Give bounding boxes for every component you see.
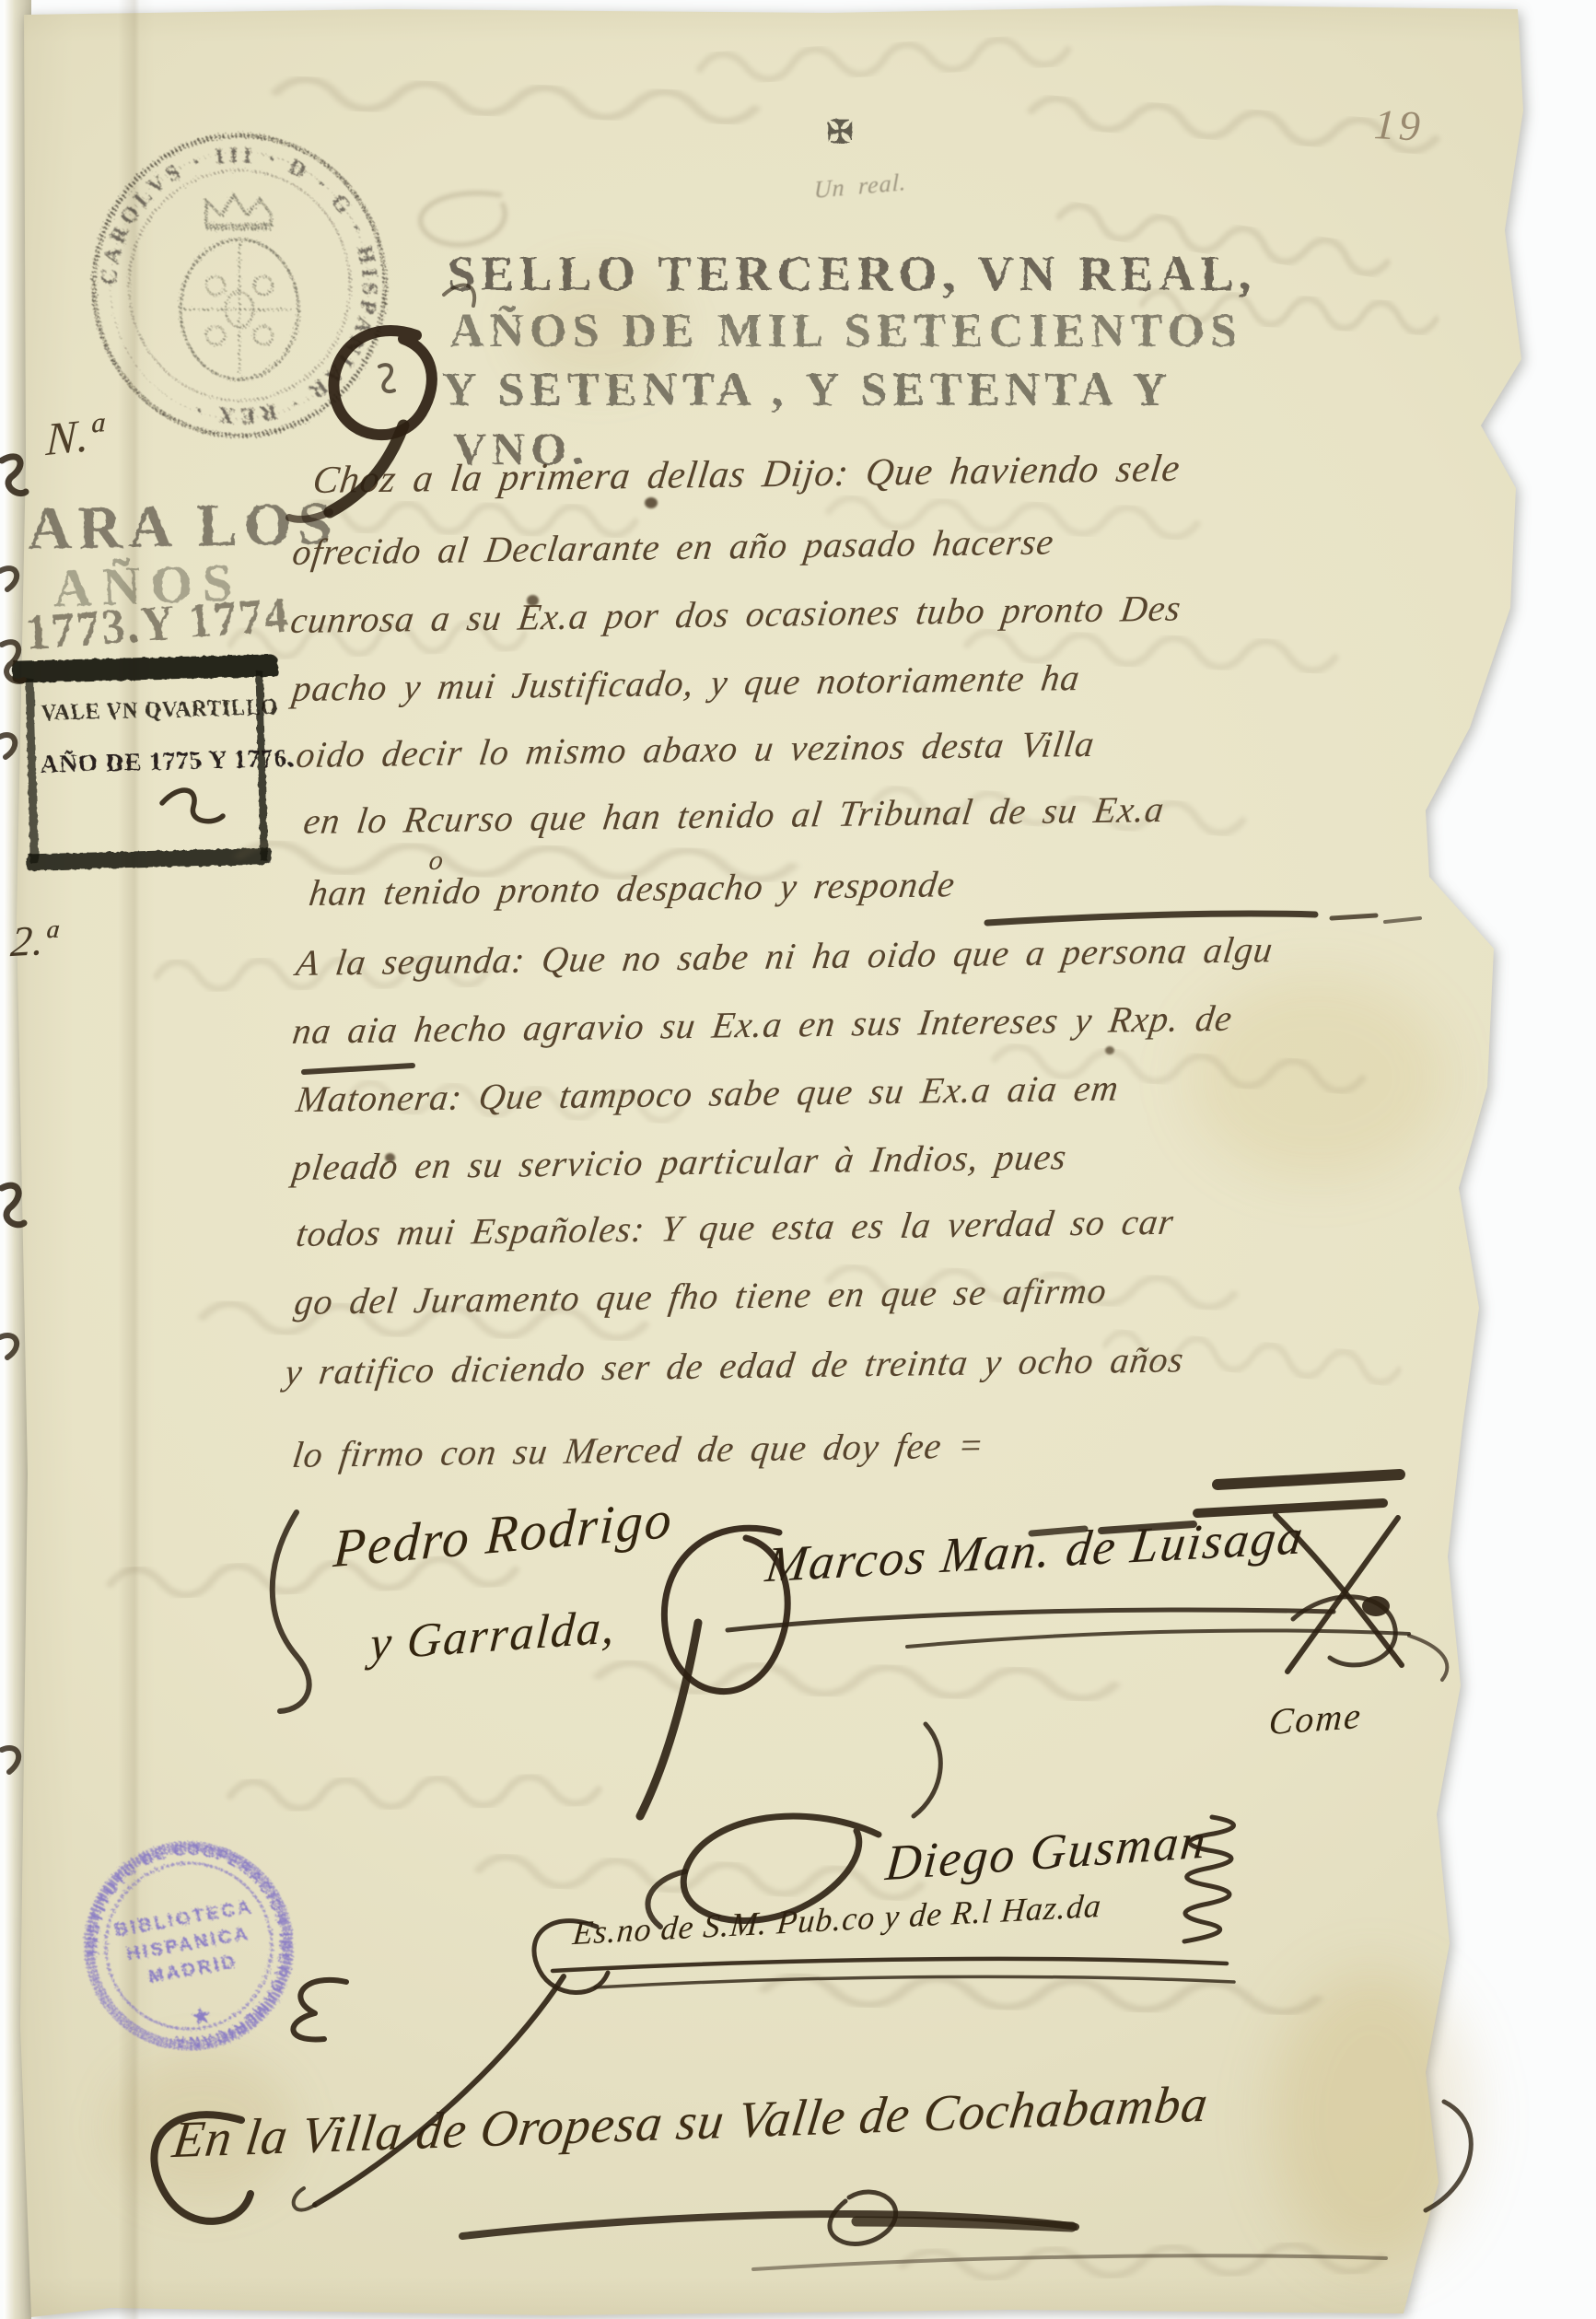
revalidation-line-1: VALE VN QVARTILLO — [41, 694, 278, 727]
fold-crease — [118, 0, 155, 2319]
section-number: 2.ª — [9, 915, 60, 966]
revalidation-stamp-box: VALE VN QVARTILLO AÑO DE 1775 Y 1776. — [25, 655, 268, 871]
printed-seal-line-2: AÑOS DE MIL SETECIENTOS — [449, 304, 1242, 358]
printed-seal-line-3: Y SETENTA , Y SETENTA Y — [442, 363, 1172, 417]
manuscript-line: han tenido pronto despacho y responde — [307, 862, 958, 915]
printed-seal-line-1: SELLO TERCERO, VN REAL, — [448, 245, 1257, 302]
margin-numero: N.ª — [45, 406, 104, 466]
signature-ante-mi: Come — [1267, 1694, 1363, 1743]
folio-number: 19 — [1373, 99, 1426, 151]
printer-cross-icon: ✠ — [827, 114, 854, 151]
revalidation-line-2: AÑO DE 1775 Y 1776. — [41, 744, 295, 779]
scanned-document-page: 19 ✠ Un real. SELLO TERCERO, VN REAL, AÑ… — [0, 0, 1596, 2319]
